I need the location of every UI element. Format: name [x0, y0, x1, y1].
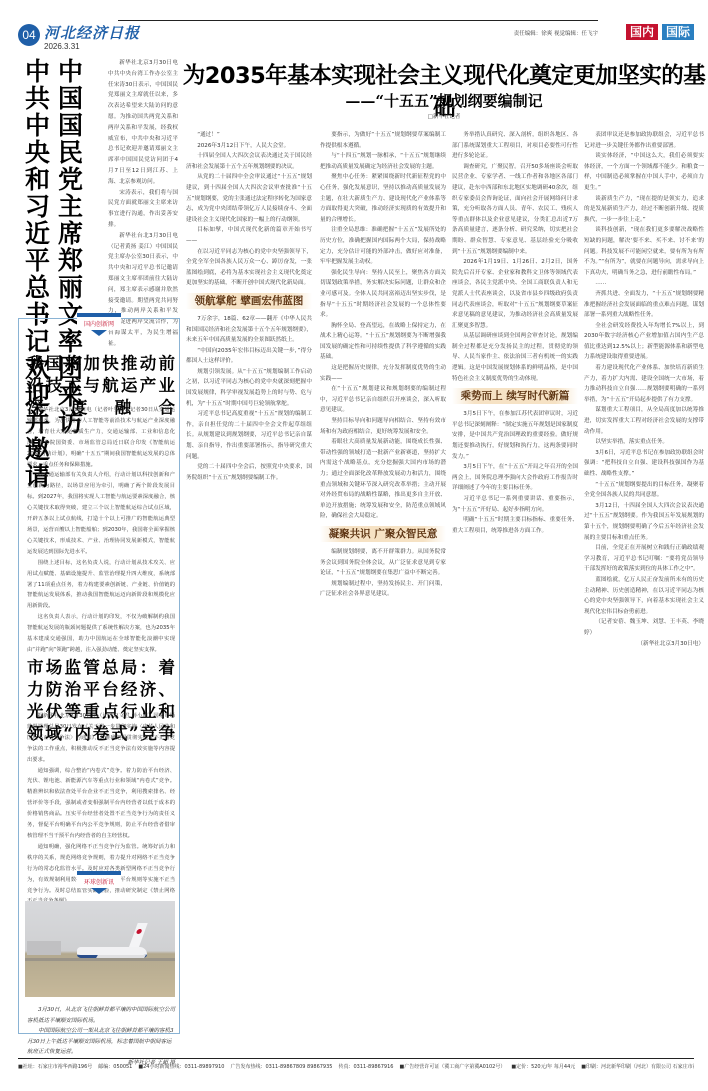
paragraph: 习近平总书记高度重视“十五五”规划的编制工作，亲自担任党的二十届四中全会文件起草…: [186, 409, 312, 462]
paragraph: 明确“十五五”时期主要目标指标、重要任务、重大工程项目，统筹推进各方面工作。: [452, 515, 578, 536]
paragraph: 坚持目标导向和问题导向相结合、坚持有效市场和有为政府相结合，更好统筹发展和安全。: [320, 416, 446, 437]
paragraph: 围绕上述目标，这名负责人说，行动计划从技术攻关、应用试点赋能、基础设施提升、监管…: [27, 558, 175, 613]
issue-date: 2026.3.31: [44, 42, 80, 51]
article-column-4: 表团审议还是参加政协联组会，习近平总书记对进一步关键任务都作出重要部署。 谈实体…: [584, 130, 704, 649]
photo-runway-line: [25, 958, 175, 961]
paragraph: 规划引领发展。从“十五五”规划编制工作启动之初，以习近平同志为核心的党中央就深刻…: [186, 367, 312, 409]
paragraph: 着眼壮大高质量发展新动能，围绕成长性强、带动性强的领域打造一批新产业新赛道，坚持…: [320, 437, 446, 522]
page-number-badge: 04: [18, 24, 40, 46]
paragraph: 谈科技创新，“现在我们更多要解决战略性短缺的问题，解决‘要不来、买不来、讨不来’…: [584, 225, 704, 278]
lead-paragraph: 新华社北京3月30日电 中共中央台湾工作办公室主任宋涛30日表示，中国国民党郑丽…: [108, 58, 178, 188]
paragraph: 党的二十届四中全会后，按照党中央要求，国务院组织“十五五”规划纲要编制工作。: [186, 462, 312, 483]
paragraph: 全社会研发经费投入年均增长7%以上，到2030年数字经济核心产业增加值占国内生产…: [584, 321, 704, 363]
paragraph: 在“十五五”规划建议和规划纲要的编制过程中，习近平总书记亲自组织召开座谈会，深入…: [320, 384, 446, 416]
paragraph: 通知强调，综合整治“内卷式”竞争。着力防治平台经济、光伏、锂电池、新能源汽车等重…: [27, 766, 175, 842]
paragraph: 十四届全国人大四次会议表决通过关于国民经济和社会发展第十五个五年规划纲要的决议。: [186, 151, 312, 172]
paragraph: 表团审议还是参加政协联组会，习近平总书记对进一步关键任务都作出重要部署。: [584, 130, 704, 151]
paragraph: “十五五”规划纲要提出的目标任务，凝聚着全党全国各族人民的共同意愿。: [584, 480, 704, 501]
paragraph: 从党的二十届四中全会审议通过“十五五”规划建议，到十四届全国人大四次会议审查批准…: [186, 172, 312, 225]
editors-credit: 责任编辑：徐爽 视觉编辑：任飞宇: [514, 29, 598, 37]
masthead-rule: [118, 20, 598, 21]
chevron-down-icon: [91, 888, 107, 894]
paragraph: 3月5日下午，在参加江苏代表团审议时，习近平总书记深刻阐释：“制定实施五年规划是…: [452, 409, 578, 462]
paragraph: 2026年1月19日、1月26日、2月2日，国务院先后召开专家、企业家和教科文卫…: [452, 257, 578, 331]
box-tab-bottom: 环球创新讯: [77, 871, 121, 894]
footer-printer: ■印刷：河北新华印刷（河北）有限公司 石家庄市裕华西路196号: [581, 1063, 694, 1070]
footer-price: ■定价：520元/年 每月44元: [511, 1063, 575, 1070]
reporter-credits: （记者安蓓、魏玉坤、刘慧、王丰英、李晓婷）: [584, 617, 704, 638]
paragraph: 这名负责人表示，行动计划的印发，不仅为破解制约我国智能航运发展的瓶颈问题提供了系…: [27, 612, 175, 656]
masthead: 04 河北经济日报 2026.3.31 责任编辑：徐爽 视觉编辑：任飞宇 国内 …: [0, 0, 708, 44]
paragraph: 着力建设现代化产业体系、加快培育新质生产力，着力扩大内需、建设全国统一大市场，着…: [584, 363, 704, 405]
lead-paragraph: 宋涛表示，我们将与国民党方面就郑丽文主席来访事宜进行沟通，作出妥善安排。: [108, 188, 178, 231]
paragraph: 目前，全党正在开展树立和践行正确政绩观学习教育，习近平总书记叮嘱：“要将党员领导…: [584, 543, 704, 575]
section-heading: 领航掌舵 擘画宏伟蓝图: [186, 293, 312, 309]
footer-address: ■社址：石家庄市裕华西路196号: [18, 1063, 92, 1070]
section-tag-domestic: 国内: [626, 24, 658, 40]
paragraph: “中国向2035年宏伟目标迈出关键一步，”得分都国人士这样评价。: [186, 346, 312, 367]
paragraph: 目标如擘，中国式现代化新的篇章开始书写——: [186, 225, 312, 246]
byline: □新华社记者: [180, 112, 708, 120]
caption-paragraph: 中国国际航空公司一架从北京飞往朝鲜首都平壤的客机3月30日上午抵达平壤顺安国际机…: [27, 1026, 175, 1058]
paragraph: 齐抓共进、全面发力，“十五五”规划纲要精准把握经济社会发展面临的重点难点问题，谋…: [584, 289, 704, 321]
article-column-2: 要指示，为做好“十五五”规划纲要草案编制工作提供根本遵循。 与“十四五”规划一脉…: [320, 130, 446, 600]
paragraph: 谈实体经济，“中国这么大，我们必须要实体经济，一个方面一个领域都不能少。和粮食一…: [584, 151, 704, 193]
box-tab-top: 国内创新网: [77, 313, 121, 336]
paragraph: 规划编制过程中，坚持发扬民主、开门问策，广泛征求社会各界意见建议。: [320, 579, 446, 600]
chevron-down-icon: [91, 330, 107, 336]
paragraph: 这是把握历史规律，充分发挥制度优势的生动实践——: [320, 363, 446, 384]
footer-ad-hotline: 广告发布热线：0311-89867809 89867935: [230, 1063, 332, 1070]
sidebar-news-box: 国内创新网 我国将加快推动前沿技术与航运产业深度融合 新华社北京3月30日电（记…: [18, 318, 180, 1034]
paragraph: 编制规划纲要，离不开群策群力。从国务院常务会议到国务院全体会议，从广泛征求意见到…: [320, 547, 446, 579]
paragraph: 新华社北京3月30日电（记者叶昊鸣）记者30日从交通运输部获悉，为加快推动人工智…: [27, 405, 175, 470]
paragraph: “通过！”: [186, 130, 312, 141]
paragraph: 与“十四五”规划一脉相承，“十五五”规划继续把推动高质量发展确定为经济社会发展的…: [320, 151, 446, 172]
section-heading: 凝聚共识 广聚众智民意: [320, 526, 446, 542]
section-tag-international: 国际: [662, 24, 694, 40]
paragraph: 3月6日，习近平总书记在参加政协联组会时强调：“把科技自立自强、建设科技强国作为…: [584, 448, 704, 480]
paragraph: 在以习近平同志为核心的党中央坚强领导下，全党全军全国各族人民万众一心、踔厉奋发，…: [186, 247, 312, 289]
photo-building: [27, 941, 61, 955]
paragraph: 聚焦中心任务：紧紧围绕新时代新征程党的中心任务，强化发展意识，坚持以推动高质量发…: [320, 172, 446, 225]
lead-story-body: 新华社北京3月30日电 中共中央台湾工作办公室主任宋涛30日表示，中国国民党郑丽…: [108, 58, 178, 350]
footer-info: ■社址：石家庄市裕华西路196号 邮编：050051 ■24小时新闻热线：031…: [18, 1063, 694, 1070]
tab-label: 环球创新讯: [77, 875, 121, 888]
sidebar-article-1-body: 新华社北京3月30日电（记者叶昊鸣）记者30日从交通运输部获悉，为加快推动人工智…: [27, 405, 175, 656]
footer-fax: 传真：0311-89867916: [338, 1063, 393, 1070]
paragraph: 7万余字，18篇、62章——翻开《中华人民共和国国民经济和社会发展第十五个五年规…: [186, 314, 312, 346]
paragraph: 据新华社北京3月30日电（记者赵文君 薛小同）国家市场监督管理总局30日发布《关…: [27, 711, 175, 766]
paragraph: 务举措认真研究、深入剖析，组织各地区、各部门系统谋划重大工程项目，对项目必要性可…: [452, 130, 578, 162]
paragraph: 习近平总书记一系列重要讲话、重要指示，为“十五五”开好局、起好步指明方向。: [452, 494, 578, 515]
paragraph: 从基层调研座谈到全国两会审查讨论，规划编制全过程都是充分发扬民主的过程，贯彻党的…: [452, 331, 578, 384]
newspaper-logo: 河北经济日报: [44, 22, 140, 43]
section-heading: 乘势而上 续写时代新篇: [452, 388, 578, 404]
paragraph: 谋划重大工程项目，从全局高度加以统筹推进，切实发挥重大工程对经济社会发展的支撑带…: [584, 405, 704, 437]
footer-rule: [18, 1058, 694, 1059]
dateline: （新华社北京3月30日电）: [584, 639, 704, 650]
caption-paragraph: 3月30日，从北京飞往朝鲜首都平壤的中国国际航空公司客机抵达平壤顺安国际机场。: [27, 1005, 175, 1026]
news-photo-airplane: [25, 901, 175, 997]
main-article-subtitle: ——“十五五”规划纲要编制记: [180, 90, 708, 111]
airplane-wing: [96, 955, 146, 958]
paragraph: 注重全局思维：准确把握“十五五”发展所处的历史方位，准确把握国内国际两个大局，保…: [320, 225, 446, 267]
paragraph: 3月5日下午，在“十五五”开局之年召开的全国两会上，国务院总理李强向大会作政府工…: [452, 462, 578, 494]
paragraph: 据交通运输部有关负责人介绍，行动计划以科技创新和产业创新为路径，以场景应用为牵引…: [27, 470, 175, 557]
ellipsis-separator: ……: [584, 278, 704, 289]
tab-label: 国内创新网: [77, 317, 121, 330]
paragraph: 胸怀全局、登高望远，在战略上保持定力，在战术上精心运筹。“十五五”规划纲要为不断…: [320, 321, 446, 363]
footer-news-hotline: ■24小时新闻热线：0311-89897910: [138, 1063, 224, 1070]
paragraph: 3月12日，十四届全国人大四次会议表决通过“十五五”规划纲要。作为我国五年发展规…: [584, 501, 704, 543]
paragraph: 强化民生导向：坚持人民至上，聚焦各方面关切谋划政策举措，务实解决实际问题，让群众…: [320, 268, 446, 321]
paragraph: 要指示，为做好“十五五”规划纲要草案编制工作提供根本遵循。: [320, 130, 446, 151]
airplane-tail-icon: [128, 923, 147, 949]
article-column-1: “通过！” 2026年3月12日下午，人民大会堂。 十四届全国人大四次会议表决通…: [186, 130, 312, 483]
paragraph: 2026年3月12日下午，人民大会堂。: [186, 141, 312, 152]
paragraph: 蓝图绘就，亿万人民正奋发前所未有的历史主动精神、历史创造精神，在以习近平同志为核…: [584, 575, 704, 617]
paragraph: 谈新质生产力，“现在提的是领实力，追求的是发展新质生产力，经过不断创新升级、提质…: [584, 194, 704, 226]
footer-postcode: 邮编：050051: [98, 1063, 132, 1070]
paragraph: 调查研究，广聚民智。召开50多场座谈会听取民营企业、专家学者、一线工作者和各地区…: [452, 162, 578, 257]
article-column-3: 务举措认真研究、深入剖析，组织各地区、各部门系统谋划重大工程项目，对项目必要性可…: [452, 130, 578, 536]
footer-ad-license: ■广告经营许可证（冀工商广字第冀A0102号）: [399, 1063, 505, 1070]
paragraph: 以坚实举措，落实重点任务。: [584, 437, 704, 448]
